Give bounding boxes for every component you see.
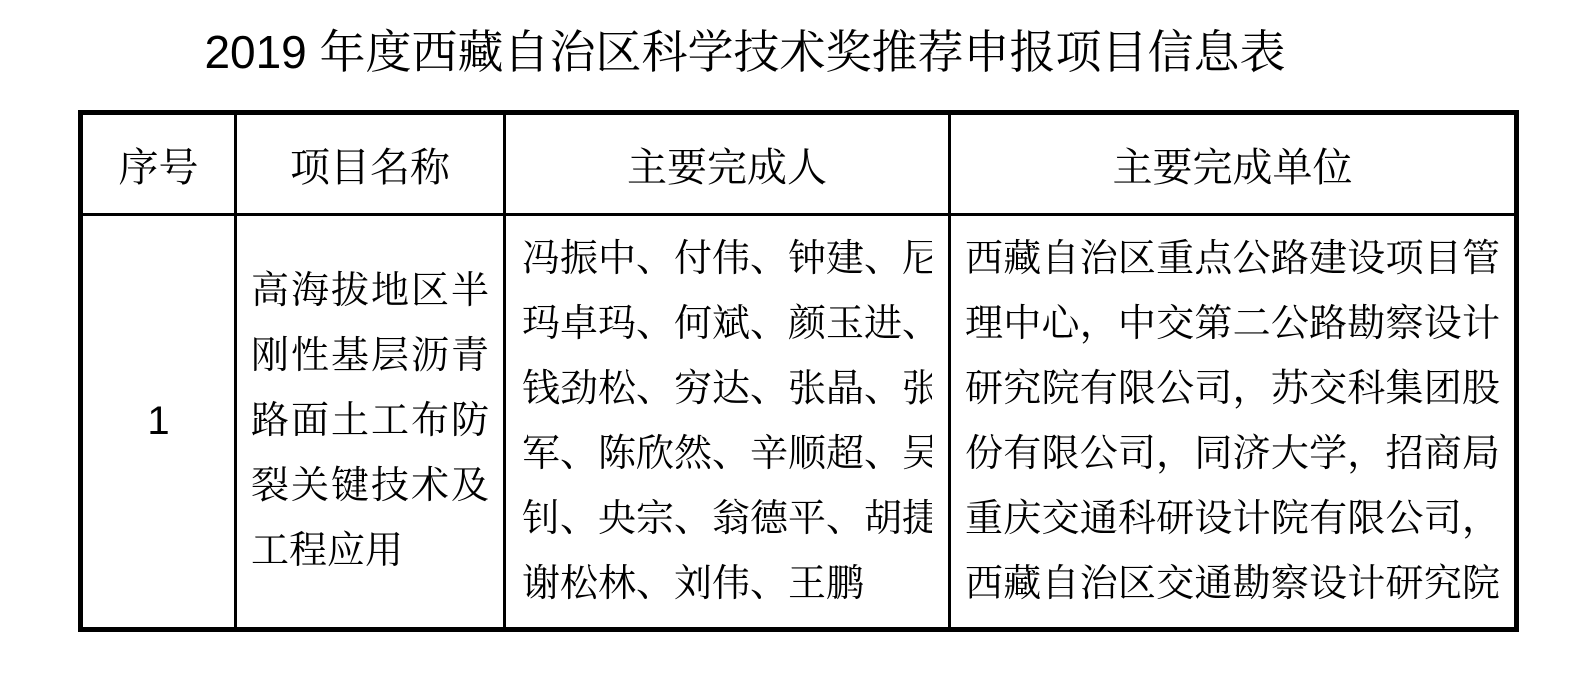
cell-main-contributors: 冯振中、付伟、钟建、尼玛卓玛、何斌、颜玉进、钱劲松、穷达、张晶、张军、陈欣然、辛… — [505, 215, 950, 630]
projects-table: 序号 项目名称 主要完成人 主要完成单位 1 高海拔地区半刚性基层沥青路面土工布… — [78, 110, 1519, 632]
header-main-units: 主要完成单位 — [950, 113, 1517, 215]
header-project-name: 项目名称 — [236, 113, 505, 215]
table-row: 1 高海拔地区半刚性基层沥青路面土工布防裂关键技术及工程应用 冯振中、付伟、钟建… — [81, 215, 1517, 630]
main-units-text: 西藏自治区重点公路建设项目管理中心，中交第二公路勘察设计研究院有限公司，苏交科集… — [951, 227, 1514, 617]
table-header-row: 序号 项目名称 主要完成人 主要完成单位 — [81, 113, 1517, 215]
cell-row-index: 1 — [81, 215, 236, 630]
document-title: 2019 年度西藏自治区科学技术奖推荐申报项目信息表 — [204, 24, 1285, 82]
cell-project-name: 高海拔地区半刚性基层沥青路面土工布防裂关键技术及工程应用 — [236, 215, 505, 630]
main-contributors-text: 冯振中、付伟、钟建、尼玛卓玛、何斌、颜玉进、钱劲松、穷达、张晶、张军、陈欣然、辛… — [506, 227, 948, 617]
header-index: 序号 — [81, 113, 236, 215]
header-main-contributors: 主要完成人 — [505, 113, 950, 215]
project-name-text: 高海拔地区半刚性基层沥青路面土工布防裂关键技术及工程应用 — [237, 259, 503, 584]
document-page: 2019 年度西藏自治区科学技术奖推荐申报项目信息表 序号 项目名称 主要完成人… — [0, 0, 1596, 674]
cell-main-units: 西藏自治区重点公路建设项目管理中心，中交第二公路勘察设计研究院有限公司，苏交科集… — [950, 215, 1517, 630]
